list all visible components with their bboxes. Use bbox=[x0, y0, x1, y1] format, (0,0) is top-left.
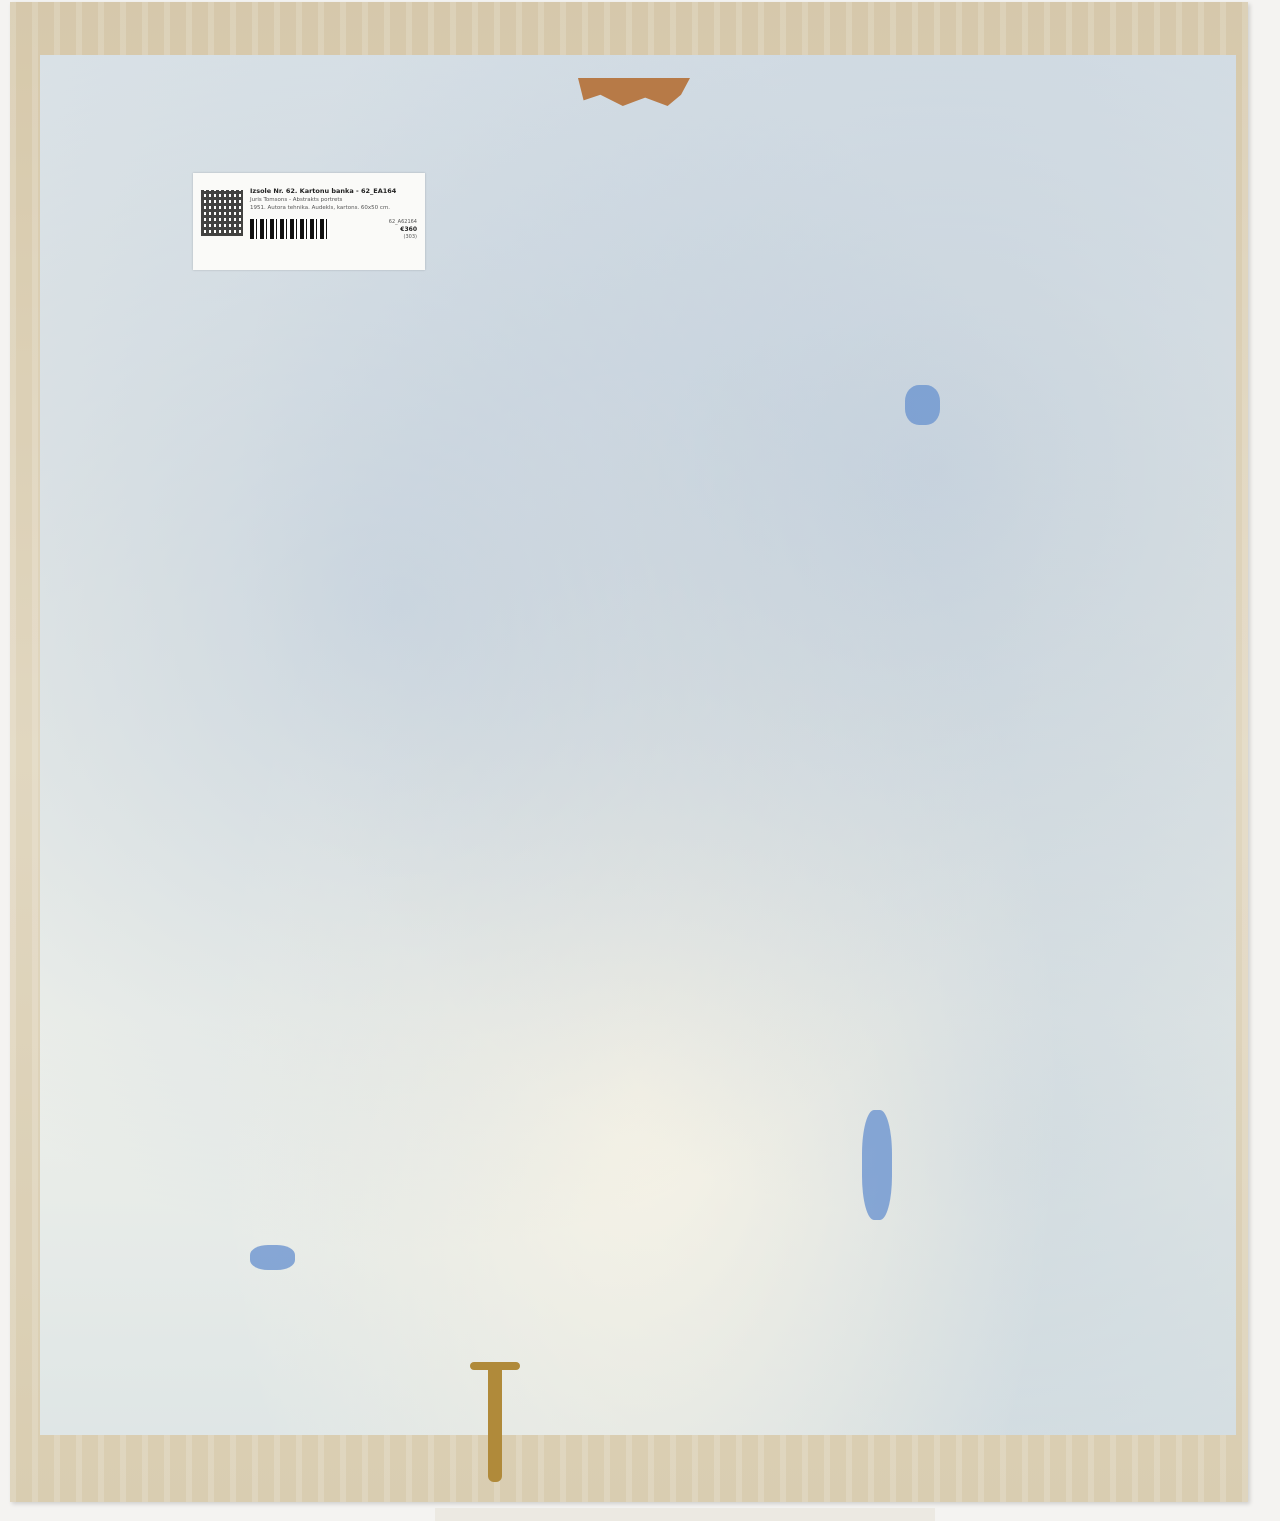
label-lot-code: 62_A62164 bbox=[389, 219, 417, 225]
blue-paint-mark bbox=[905, 385, 940, 425]
label-price: €360 bbox=[400, 226, 417, 233]
label-details: 1951. Autora tehnika. Audekls, kartons. … bbox=[250, 205, 390, 211]
auction-label: Izsole Nr. 62. Kartonu banka - 62_EA164 … bbox=[193, 173, 425, 270]
label-note: (303) bbox=[404, 234, 417, 240]
drip-stain bbox=[488, 1362, 502, 1482]
label-artist: Juris Tomsons - Abstrakts portrets bbox=[250, 197, 342, 203]
qr-code-icon bbox=[201, 190, 243, 236]
label-title: Izsole Nr. 62. Kartonu banka - 62_EA164 bbox=[250, 187, 396, 195]
barcode-icon bbox=[250, 219, 330, 239]
stand bbox=[435, 1508, 935, 1521]
blue-paint-mark bbox=[862, 1110, 892, 1220]
blue-paint-mark bbox=[250, 1245, 295, 1270]
